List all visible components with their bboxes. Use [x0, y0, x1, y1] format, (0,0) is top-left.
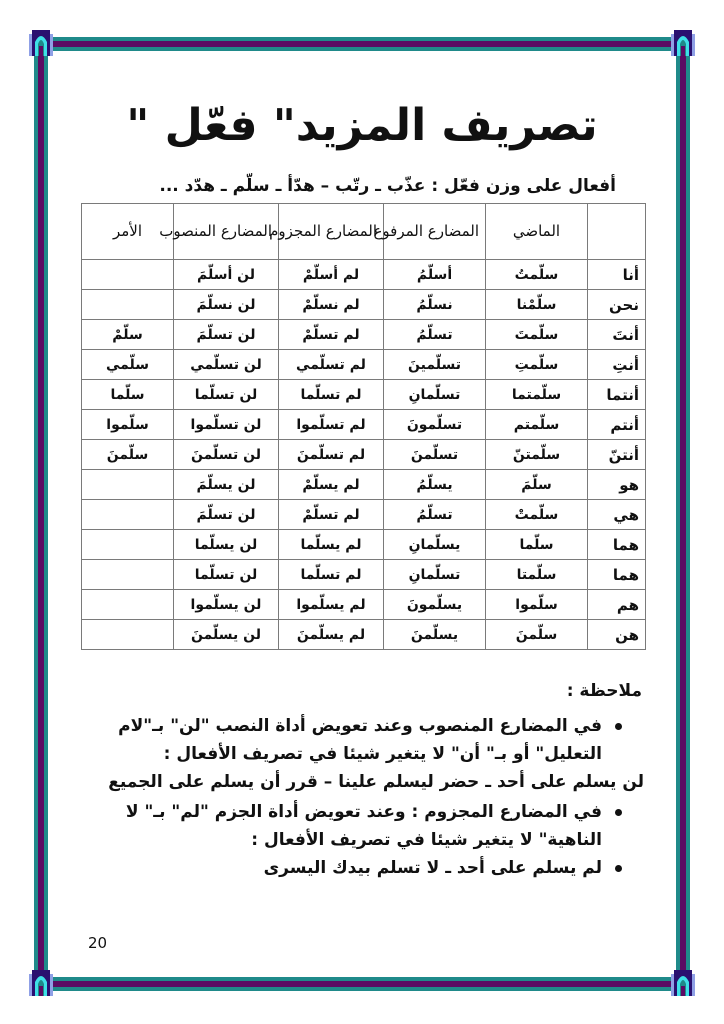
cell-amr [82, 260, 174, 290]
cell-amr [82, 620, 174, 650]
cell-pronoun: أنتنّ [588, 440, 646, 470]
frame-right-border [676, 44, 690, 984]
header-majzum: المضارع المجزوم [279, 204, 384, 260]
cell-majzum: لم تسلّما [279, 560, 384, 590]
cell-marfu: يسلّمونَ [384, 590, 486, 620]
cell-marfu: تسلّمانِ [384, 560, 486, 590]
cell-majzum: لم نسلّمْ [279, 290, 384, 320]
cell-majzum: لم يسلّمْ [279, 470, 384, 500]
table-row: هوسلّمَيسلّمُلم يسلّمْلن يسلّمَ [82, 470, 646, 500]
cell-majzum: لم يسلّمنَ [279, 620, 384, 650]
cell-marfu: يسلّمانِ [384, 530, 486, 560]
table-row: نحنسلّمْنانسلّمُلم نسلّمْلن نسلّمَ [82, 290, 646, 320]
cell-mansub: لن يسلّمَ [174, 470, 279, 500]
corner-ornament-icon [671, 970, 695, 996]
cell-mansub: لن يسلّما [174, 530, 279, 560]
cell-marfu: تسلّمنَ [384, 440, 486, 470]
cell-marfu: تسلّمُ [384, 500, 486, 530]
cell-pronoun: هما [588, 530, 646, 560]
cell-majzum: لم تسلّمْ [279, 320, 384, 350]
cell-marfu: تسلّمينَ [384, 350, 486, 380]
table-row: أنتِسلّمتِتسلّمينَلم تسلّميلن تسلّميسلّم… [82, 350, 646, 380]
cell-pronoun: هو [588, 470, 646, 500]
cell-majzum: لم تسلّما [279, 380, 384, 410]
table-row: هنسلّمنَيسلّمنَلم يسلّمنَلن يسلّمنَ [82, 620, 646, 650]
cell-pronoun: هي [588, 500, 646, 530]
cell-madi: سلّمتِ [486, 350, 588, 380]
cell-majzum: لم تسلّمْ [279, 500, 384, 530]
cell-amr [82, 530, 174, 560]
cell-madi: سلّمتُ [486, 260, 588, 290]
cell-mansub: لن تسلّمنَ [174, 440, 279, 470]
header-madi: الماضي [486, 204, 588, 260]
cell-madi: سلّمتْ [486, 500, 588, 530]
cell-mansub: لن تسلّموا [174, 410, 279, 440]
cell-madi: سلّمتنّ [486, 440, 588, 470]
cell-marfu: تسلّمُ [384, 320, 486, 350]
header-pronoun [588, 204, 646, 260]
cell-amr [82, 500, 174, 530]
cell-madi: سلّمتا [486, 560, 588, 590]
cell-marfu: تسلّمونَ [384, 410, 486, 440]
cell-majzum: لم أسلّمْ [279, 260, 384, 290]
note-bullet-line: في المضارع المنصوب وعند تعويض أداة النصب… [56, 712, 602, 740]
header-mansub: المضارع المنصوب [174, 204, 279, 260]
table-row: هماسلّمتاتسلّمانِلم تسلّمالن تسلّما [82, 560, 646, 590]
cell-pronoun: أنتَ [588, 320, 646, 350]
cell-mansub: لن أسلّمَ [174, 260, 279, 290]
table-header-row: الماضي المضارع المرفوع المضارع المجزوم ا… [82, 204, 646, 260]
cell-marfu: أسلّمُ [384, 260, 486, 290]
cell-pronoun: هم [588, 590, 646, 620]
cell-pronoun: نحن [588, 290, 646, 320]
cell-majzum: لم يسلّما [279, 530, 384, 560]
header-marfu: المضارع المرفوع [384, 204, 486, 260]
cell-mansub: لن نسلّمَ [174, 290, 279, 320]
cell-amr [82, 560, 174, 590]
table-row: أنتنّسلّمتنّتسلّمنَلم تسلّمنَلن تسلّمنَس… [82, 440, 646, 470]
cell-amr: سلّمنَ [82, 440, 174, 470]
notes-section: ملاحظة : في المضارع المنصوب وعند تعويض أ… [56, 678, 642, 882]
cell-amr: سلّما [82, 380, 174, 410]
cell-pronoun: أنا [588, 260, 646, 290]
cell-madi: سلّمَ [486, 470, 588, 500]
note-bullet-line: التعليل" أو بـ" أن" لا يتغير شيئا في تصر… [56, 740, 602, 768]
cell-madi: سلّمتَ [486, 320, 588, 350]
cell-amr [82, 470, 174, 500]
verb-examples-subtitle: أفعال على وزن فعّل : عذّب ـ رتّب – هدّأ … [159, 174, 616, 198]
cell-mansub: لن تسلّما [174, 560, 279, 590]
cell-madi: سلّمنَ [486, 620, 588, 650]
cell-amr [82, 590, 174, 620]
table-row: هيسلّمتْتسلّمُلم تسلّمْلن تسلّمَ [82, 500, 646, 530]
cell-mansub: لن يسلّمنَ [174, 620, 279, 650]
frame-bottom-border [44, 977, 682, 991]
cell-majzum: لم يسلّموا [279, 590, 384, 620]
note-bullet-mansub: في المضارع المنصوب وعند تعويض أداة النصب… [56, 712, 624, 768]
cell-amr [82, 290, 174, 320]
conjugation-table: الماضي المضارع المرفوع المضارع المجزوم ا… [81, 203, 646, 650]
page-title: تصريف المزيد" فعّل " [60, 96, 664, 156]
note-bullet-example: لم يسلم على أحد ـ لا تسلم بيدك اليسرى [56, 854, 624, 882]
page-content: تصريف المزيد" فعّل " أفعال على وزن فعّل … [60, 58, 664, 968]
cell-pronoun: هما [588, 560, 646, 590]
cell-marfu: يسلّمنَ [384, 620, 486, 650]
table-row: همسلّموايسلّمونَلم يسلّموالن يسلّموا [82, 590, 646, 620]
note-example-line: لن يسلم على أحد ـ حضر ليسلم علينا – قرر … [56, 768, 644, 796]
corner-ornament-icon [29, 970, 53, 996]
notes-heading: ملاحظة : [56, 678, 642, 704]
cell-majzum: لم تسلّمنَ [279, 440, 384, 470]
cell-amr: سلّمي [82, 350, 174, 380]
note-bullet-majzum: في المضارع المجزوم : وعند تعويض أداة الج… [56, 798, 624, 854]
cell-pronoun: هن [588, 620, 646, 650]
table-row: أنتماسلّمتماتسلّمانِلم تسلّمالن تسلّماسل… [82, 380, 646, 410]
frame-top-border [44, 37, 682, 51]
note-bullet-line: الناهية" لا يتغير شيئا في تصريف الأفعال … [56, 826, 602, 854]
note-bullet-line: في المضارع المجزوم : وعند تعويض أداة الج… [56, 798, 602, 826]
cell-mansub: لن تسلّمَ [174, 320, 279, 350]
cell-mansub: لن يسلّموا [174, 590, 279, 620]
cell-marfu: يسلّمُ [384, 470, 486, 500]
table-row: أنتَسلّمتَتسلّمُلم تسلّمْلن تسلّمَسلّمْ [82, 320, 646, 350]
cell-madi: سلّمتما [486, 380, 588, 410]
cell-marfu: نسلّمُ [384, 290, 486, 320]
cell-mansub: لن تسلّمَ [174, 500, 279, 530]
cell-madi: سلّما [486, 530, 588, 560]
note-bullet-line: لم يسلم على أحد ـ لا تسلم بيدك اليسرى [56, 854, 602, 882]
cell-madi: سلّمتم [486, 410, 588, 440]
table-row: هماسلّمايسلّمانِلم يسلّمالن يسلّما [82, 530, 646, 560]
cell-amr: سلّمْ [82, 320, 174, 350]
cell-mansub: لن تسلّمي [174, 350, 279, 380]
cell-majzum: لم تسلّموا [279, 410, 384, 440]
page-number: 20 [88, 934, 107, 952]
cell-madi: سلّمْنا [486, 290, 588, 320]
cell-marfu: تسلّمانِ [384, 380, 486, 410]
cell-amr: سلّموا [82, 410, 174, 440]
corner-ornament-icon [671, 30, 695, 56]
cell-pronoun: أنتم [588, 410, 646, 440]
frame-left-border [34, 44, 48, 984]
cell-madi: سلّموا [486, 590, 588, 620]
corner-ornament-icon [29, 30, 53, 56]
table-row: أناسلّمتُأسلّمُلم أسلّمْلن أسلّمَ [82, 260, 646, 290]
cell-pronoun: أنتما [588, 380, 646, 410]
cell-mansub: لن تسلّما [174, 380, 279, 410]
cell-pronoun: أنتِ [588, 350, 646, 380]
cell-majzum: لم تسلّمي [279, 350, 384, 380]
table-row: أنتمسلّمتمتسلّمونَلم تسلّموالن تسلّمواسل… [82, 410, 646, 440]
